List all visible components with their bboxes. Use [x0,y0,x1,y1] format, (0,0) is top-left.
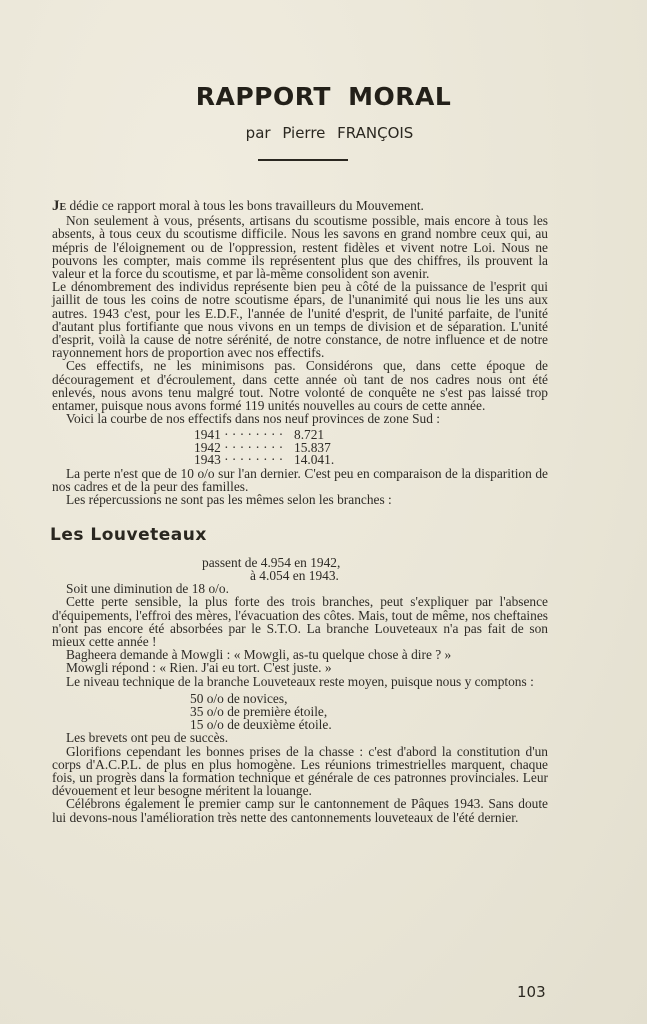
intro-paragraph-3: Le dénombrement des individus représente… [52,280,548,359]
section-heading-louveteaux: Les Louveteaux [50,529,548,542]
technical-levels-list: 50 o/o de novices, 35 o/o de première ét… [190,692,548,732]
intro-paragraph-5: Voici la courbe de nos effectifs dans no… [52,412,548,425]
louveteaux-paragraph-5: Le niveau technique de la branche Louvet… [52,675,548,688]
after-stats-paragraph-1: La perte n'est que de 10 o/o sur l'an de… [52,467,548,493]
author-byline: par Pierre FRANÇOIS [0,124,647,142]
intro-paragraph-2: Non seulement à vous, présents, artisans… [52,214,548,280]
effectifs-table: 1941 · · · · · · · · 8.721 1942 · · · · … [194,429,548,467]
louveteaux-paragraph-8: Célébrons également le premier camp sur … [52,797,548,823]
list-item: 15 o/o de deuxième étoile. [190,718,548,731]
louveteaux-figures: passent de 4.954 en 1942, à 4.054 en 194… [202,556,548,582]
page-number: 103 [517,983,546,1001]
louveteaux-paragraph-7: Glorifions cependant les bonnes prises d… [52,745,548,798]
page-title: RAPPORT MORAL [0,82,647,111]
intro-paragraph-4: Ces effectifs, ne les minimisons pas. Co… [52,359,548,412]
title-divider [258,159,348,161]
louveteaux-paragraph-2: Cette perte sensible, la plus forte des … [52,595,548,648]
louveteaux-paragraph-4: Mowgli répond : « Rien. J'ai eu tort. C'… [52,661,548,674]
louveteaux-paragraph-6: Les brevets ont peu de succès. [52,731,548,744]
drop-cap: J [52,198,60,214]
article-body: JE dédie ce rapport moral à tous les bon… [52,199,548,824]
after-stats-paragraph-2: Les répercussions ne sont pas les mêmes … [52,493,548,506]
intro-paragraph-1: JE dédie ce rapport moral à tous les bon… [52,199,548,214]
document-page: RAPPORT MORAL par Pierre FRANÇOIS JE déd… [0,0,647,1024]
